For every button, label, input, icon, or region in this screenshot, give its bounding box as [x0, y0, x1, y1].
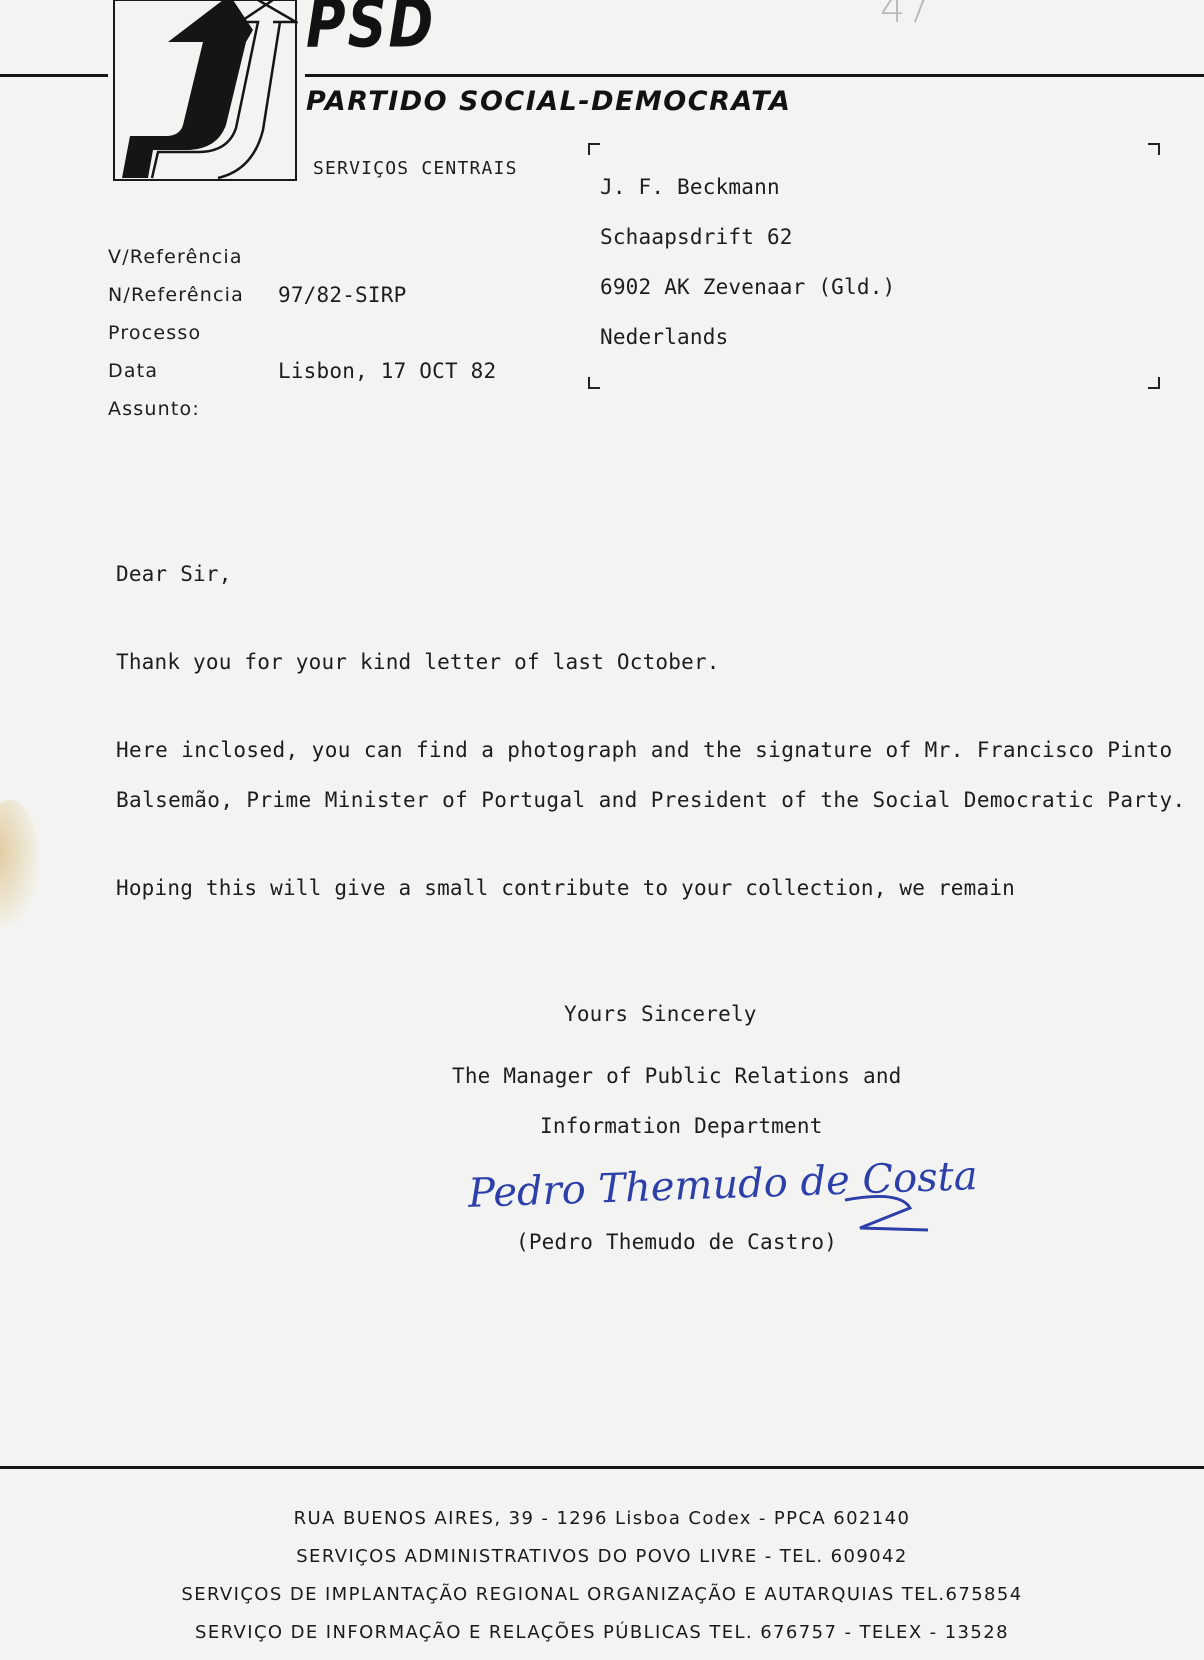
signature-flourish-icon	[840, 1190, 930, 1240]
footer-line-information: SERVIÇO DE INFORMAÇÃO E RELAÇÕES PÚBLICA…	[0, 1622, 1204, 1643]
ref-label-n: N/Referência	[108, 284, 244, 306]
party-name: PARTIDO SOCIAL-DEMOCRATA	[306, 86, 791, 117]
ref-value-data: Lisbon, 17 OCT 82	[278, 359, 496, 383]
address-corner-bl	[588, 377, 600, 389]
recipient-country: Nederlands	[600, 325, 728, 349]
body-paragraph-2-line-2: Balsemão, Prime Minister of Portugal and…	[116, 788, 1186, 812]
ref-label-processo: Processo	[108, 322, 201, 344]
header-rule-left	[0, 74, 108, 77]
signer-title-line-1: The Manager of Public Relations and	[452, 1064, 902, 1088]
body-paragraph-2-line-1: Here inclosed, you can find a photograph…	[116, 738, 1173, 762]
footer-rule	[0, 1466, 1204, 1469]
psd-acronym: PSD	[306, 0, 435, 63]
arrow-logo-icon	[108, 0, 298, 182]
header-rule-right	[305, 74, 1204, 77]
footer-line-regional: SERVIÇOS DE IMPLANTAÇÃO REGIONAL ORGANIZ…	[0, 1584, 1204, 1605]
footer-line-address: RUA BUENOS AIRES, 39 - 1296 Lisboa Codex…	[0, 1508, 1204, 1529]
ref-value-n: 97/82-SIRP	[278, 283, 406, 307]
signer-printed-name: (Pedro Themudo de Castro)	[516, 1230, 837, 1254]
ref-label-v: V/Referência	[108, 246, 243, 268]
address-corner-br	[1148, 377, 1160, 389]
address-corner-tl	[588, 143, 600, 155]
salutation: Dear Sir,	[116, 562, 232, 586]
recipient-street: Schaapsdrift 62	[600, 225, 793, 249]
signer-title-line-2: Information Department	[540, 1114, 823, 1138]
recipient-city: 6902 AK Zevenaar (Gld.)	[600, 275, 895, 299]
ref-label-data: Data	[108, 360, 158, 382]
body-paragraph-3: Hoping this will give a small contribute…	[116, 876, 1015, 900]
footer-line-admin: SERVIÇOS ADMINISTRATIVOS DO POVO LIVRE -…	[0, 1546, 1204, 1567]
paper-stain	[0, 800, 40, 930]
pencil-note: 47	[880, 0, 931, 32]
ref-label-assunto: Assunto:	[108, 398, 200, 420]
psd-arrow-logo	[108, 0, 298, 182]
body-paragraph-1: Thank you for your kind letter of last O…	[116, 650, 720, 674]
valediction: Yours Sincerely	[564, 1002, 757, 1026]
recipient-name: J. F. Beckmann	[600, 175, 780, 199]
address-corner-tr	[1148, 143, 1160, 155]
department-label: SERVIÇOS CENTRAIS	[313, 158, 518, 179]
